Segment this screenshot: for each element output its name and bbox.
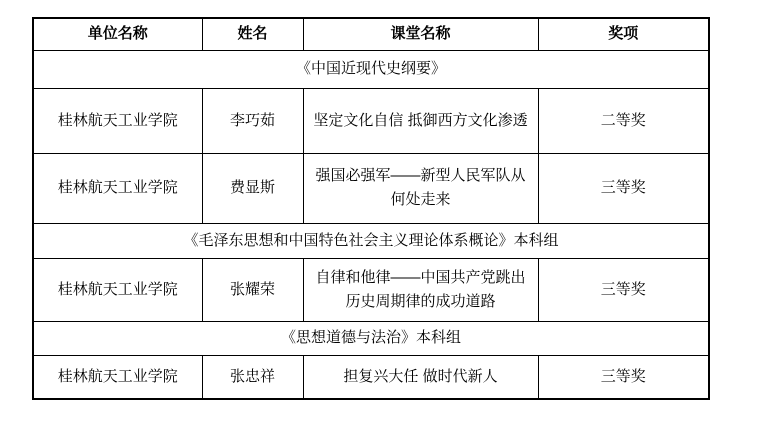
table-row: 桂林航天工业学院 李巧茹 坚定文化自信 抵御西方文化渗透 二等奖 xyxy=(33,88,709,153)
cell-name: 费显斯 xyxy=(202,153,303,223)
table-row: 桂林航天工业学院 费显斯 强国必强军——新型人民军队从何处走来 三等奖 xyxy=(33,153,709,223)
cell-name: 张耀荣 xyxy=(202,258,303,321)
section-title: 《毛泽东思想和中国特色社会主义理论体系概论》本科组 xyxy=(33,223,709,258)
section-title: 《中国近现代史纲要》 xyxy=(33,50,709,88)
cell-name: 张忠祥 xyxy=(202,355,303,399)
section-row: 《思想道德与法治》本科组 xyxy=(33,321,709,355)
col-header-name: 姓名 xyxy=(202,18,303,50)
section-row: 《毛泽东思想和中国特色社会主义理论体系概论》本科组 xyxy=(33,223,709,258)
cell-unit: 桂林航天工业学院 xyxy=(33,355,202,399)
cell-course: 自律和他律——中国共产党跳出历史周期律的成功道路 xyxy=(303,258,538,321)
col-header-award: 奖项 xyxy=(538,18,709,50)
table-row: 桂林航天工业学院 张耀荣 自律和他律——中国共产党跳出历史周期律的成功道路 三等… xyxy=(33,258,709,321)
cell-course: 担复兴大任 做时代新人 xyxy=(303,355,538,399)
cell-name: 李巧茹 xyxy=(202,88,303,153)
cell-award: 二等奖 xyxy=(538,88,709,153)
section-row: 《中国近现代史纲要》 xyxy=(33,50,709,88)
col-header-course: 课堂名称 xyxy=(303,18,538,50)
awards-table: 单位名称 姓名 课堂名称 奖项 《中国近现代史纲要》 桂林航天工业学院 李巧茹 … xyxy=(32,17,710,400)
cell-unit: 桂林航天工业学院 xyxy=(33,153,202,223)
cell-award: 三等奖 xyxy=(538,355,709,399)
table-row: 桂林航天工业学院 张忠祥 担复兴大任 做时代新人 三等奖 xyxy=(33,355,709,399)
col-header-unit: 单位名称 xyxy=(33,18,202,50)
cell-course: 强国必强军——新型人民军队从何处走来 xyxy=(303,153,538,223)
cell-unit: 桂林航天工业学院 xyxy=(33,258,202,321)
cell-unit: 桂林航天工业学院 xyxy=(33,88,202,153)
section-title: 《思想道德与法治》本科组 xyxy=(33,321,709,355)
cell-award: 三等奖 xyxy=(538,258,709,321)
cell-course: 坚定文化自信 抵御西方文化渗透 xyxy=(303,88,538,153)
cell-award: 三等奖 xyxy=(538,153,709,223)
table-header-row: 单位名称 姓名 课堂名称 奖项 xyxy=(33,18,709,50)
